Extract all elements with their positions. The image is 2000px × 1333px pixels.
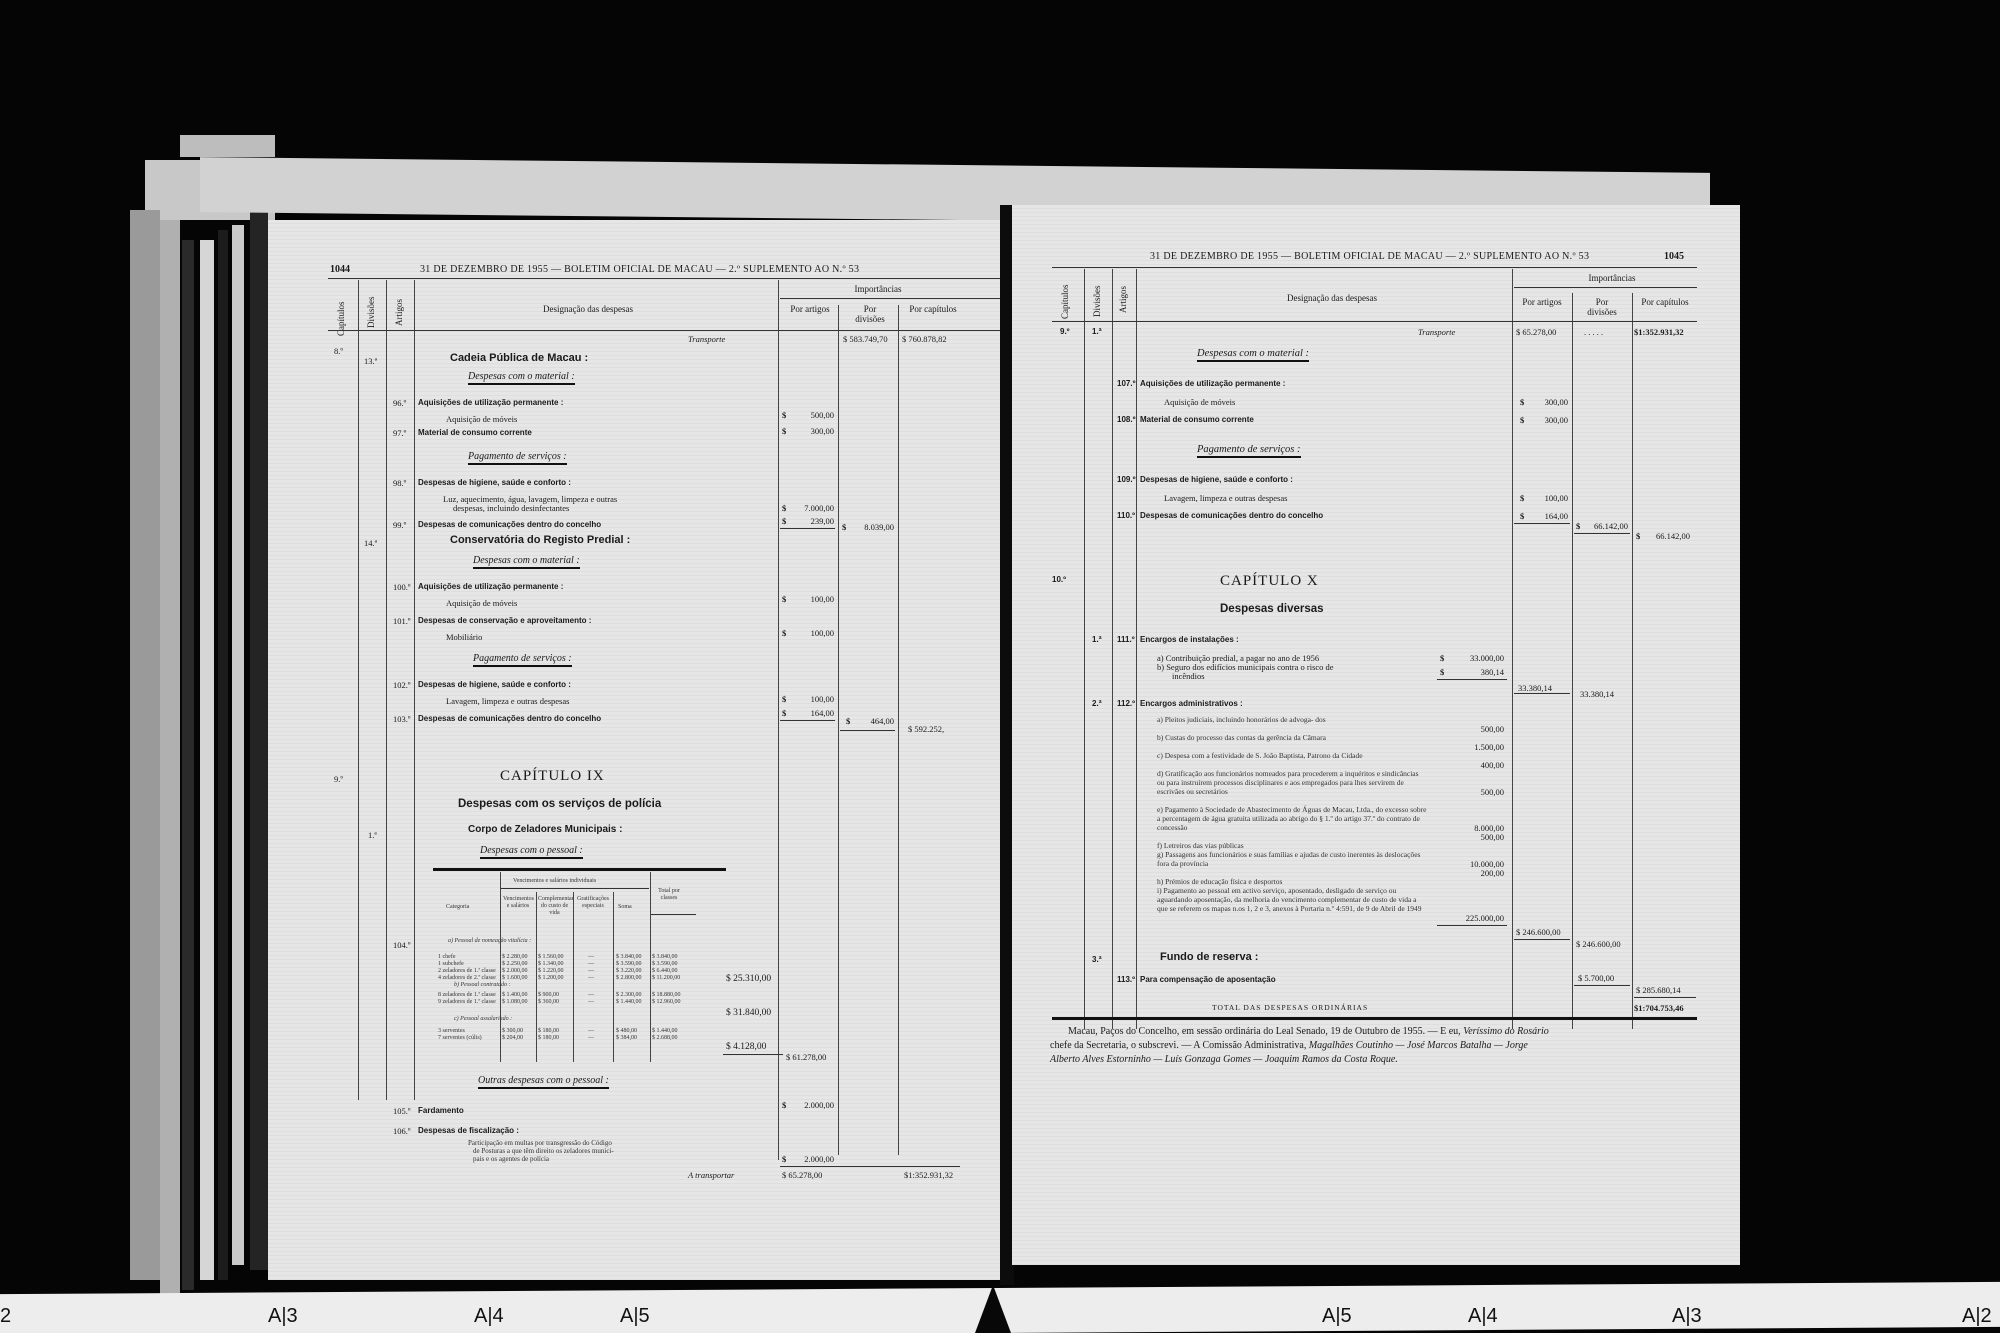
transporte-label: Transporte [1418, 327, 1455, 337]
row-total: $ 12.960,00 [652, 999, 681, 1006]
grand-total-value: $1:704.753,46 [1634, 1003, 1684, 1013]
article-value: 100,00 [798, 628, 834, 638]
article-label: Despesas de higiene, saúde e conforto : [1140, 475, 1293, 485]
a-transportar-capitulos: $1:352.931,32 [904, 1170, 953, 1180]
page-edge [182, 240, 194, 1290]
column-rule [414, 280, 415, 1100]
page-number: 1045 [1664, 251, 1684, 262]
group-title: c) Pessoal assalariado : [454, 1016, 512, 1023]
article-number: 96.º [393, 398, 406, 408]
col-complementar: Complementar do custo de vida [538, 896, 571, 917]
article-value: 300,00 [798, 426, 834, 436]
division-number: 14.ª [364, 538, 377, 548]
article-label: Despesas de comunicações dentro do conce… [418, 714, 601, 724]
article-number: 103.º [393, 714, 411, 724]
col-por-capitulos: Por capítulos [1640, 297, 1690, 307]
list-item: g) Passagens aos funcionários e suas fam… [1157, 850, 1427, 877]
division-mark: 1.ª [1092, 327, 1102, 337]
group-subtotal: $ 4.128,00 [726, 1042, 766, 1052]
col-categoria: Categoria [446, 904, 469, 911]
column-rule [358, 280, 359, 1100]
sum-rule [1514, 939, 1570, 940]
col-por-artigos: Por artigos [1520, 297, 1564, 307]
item-value: 1.500,00 [1442, 742, 1504, 752]
row-grat: — [588, 1028, 594, 1035]
article-value: 100,00 [1532, 493, 1568, 503]
column-rule [613, 892, 614, 1062]
article-label: Despesas de comunicações dentro do conce… [1140, 511, 1323, 521]
article-value: 2.000,00 [794, 1100, 834, 1110]
dollar-sign: $ [1520, 511, 1524, 521]
dollar-sign: $ [782, 1100, 786, 1110]
page-number: 1044 [330, 264, 350, 275]
chapter-title: CAPÍTULO IX [500, 768, 605, 785]
dollar-sign: $ [846, 716, 850, 726]
col-total-classes: Total por classes [654, 888, 684, 902]
section-heading: Despesas com o material : [1197, 348, 1309, 362]
salary-group-header: Vencimentos e salários individuais [513, 878, 596, 885]
article-number: 104.º [393, 940, 411, 950]
row-total: $ 6.440,00 [652, 968, 678, 975]
row-cat: 1 chefe [438, 954, 456, 961]
transporte-artigos: $ 65.278,00 [1516, 327, 1556, 337]
grand-total-label: TOTAL DAS DESPESAS ORDINÁRIAS [1212, 1003, 1368, 1013]
article-number: 105.º [393, 1106, 411, 1116]
article-number: 113.º [1117, 975, 1135, 985]
closing-paragraph: Macau, Paços do Concelho, em sessão ordi… [1050, 1025, 1700, 1067]
article-label: Despesas de conservação e aproveitamento… [418, 616, 591, 626]
row-comp: $ 1.200,00 [538, 975, 564, 982]
article-number: 111.º [1117, 635, 1135, 645]
row-venc: $ 300,00 [502, 1028, 523, 1035]
right-page: 31 DE DEZEMBRO DE 1955 — BOLETIM OFICIAL… [1012, 205, 1740, 1265]
section-heading: Pagamento de serviços : [468, 451, 567, 465]
group-subtotal: $ 31.840,00 [726, 1008, 771, 1018]
article-value: 500,00 [798, 410, 834, 420]
article-item: pais e os agentes de polícia [473, 1156, 549, 1163]
section-heading: Despesas com o material : [473, 555, 580, 569]
page-edge [218, 230, 228, 1280]
signatories: Alberto Alves Estorninho — Luís Gonzaga … [1050, 1053, 1700, 1067]
capitulo-mark: 8.º [334, 346, 343, 356]
dollar-sign: $ [842, 522, 846, 532]
division-total: 66.142,00 [1586, 521, 1628, 531]
dollar-sign: $ [782, 516, 786, 526]
article-label: Material de consumo corrente [1140, 415, 1254, 425]
row-comp: $ 1.220,00 [538, 968, 564, 975]
page-edge [250, 190, 268, 1270]
col-por-capitulos: Por capítulos [908, 304, 958, 314]
row-total: $ 11.200,00 [652, 975, 680, 982]
article-number: 101.º [393, 616, 411, 626]
article-value: $ 5.700,00 [1578, 973, 1614, 983]
transporte-divisoes: $ 583.749,70 [843, 334, 888, 344]
article-label: Aquisições de utilização permanente : [1140, 379, 1285, 389]
column-rule [778, 280, 779, 1160]
article-item: de Posturas a que têm direito os zelador… [473, 1148, 614, 1155]
col-capitulos: Capítulos [1060, 284, 1070, 319]
division-mark: 3.ª [1092, 955, 1102, 965]
dollar-sign: $ [1440, 667, 1444, 677]
division-title: Cadeia Pública de Macau : [450, 352, 588, 364]
article-label: Despesas de fiscalização : [418, 1126, 519, 1136]
closing-text: Macau, Paços do Concelho, em sessão ordi… [1068, 1026, 1461, 1037]
article-number: 106.º [393, 1126, 411, 1136]
row-total: $ 3.840,00 [652, 954, 678, 961]
column-rule [650, 872, 651, 1062]
page-edge [180, 135, 275, 157]
article-item: Lavagem, limpeza e outras despesas [1164, 493, 1287, 503]
chapter-mark: 10.º [1052, 575, 1066, 585]
row-cat: 7 serventes (cúlis) [438, 1035, 482, 1042]
article-total: $ 246.600,00 [1516, 927, 1561, 937]
row-grat: — [588, 1035, 594, 1042]
article-value: 7.000,00 [794, 503, 834, 513]
dollar-sign: $ [782, 503, 786, 513]
page-edge [200, 240, 214, 1280]
article-total: $ 61.278,00 [786, 1052, 826, 1062]
transporte-capitulos: $ 760.878,82 [902, 334, 947, 344]
article-label: Despesas de higiene, saúde e conforto : [418, 680, 571, 690]
col-importancias: Importâncias [788, 284, 968, 294]
group-title: b) Pessoal contratado : [454, 982, 511, 989]
list-item: f) Letreiros das vias públicas [1157, 841, 1427, 850]
sum-rule [840, 730, 895, 731]
row-soma: $ 384,00 [616, 1035, 637, 1042]
article-value: 300,00 [1532, 415, 1568, 425]
closing-text: chefe da Secretaria, o subscrevi. — A Co… [1050, 1040, 1306, 1051]
column-rule [536, 892, 537, 1062]
transporte-capitulos: $1:352.931,32 [1634, 327, 1684, 337]
item-value: 500,00 [1442, 787, 1504, 797]
admin-items-list: a) Pleitos judiciais, incluindo honorári… [1157, 715, 1427, 940]
signatory: Veríssimo do Rosário [1463, 1026, 1549, 1037]
division-title: Fundo de reserva : [1160, 951, 1258, 963]
row-grat: — [588, 968, 594, 975]
division-total: 464,00 [858, 716, 894, 726]
list-item: i) Pagamento ao pessoal em activo serviç… [1157, 886, 1427, 940]
dollar-sign: $ [782, 1154, 786, 1164]
article-number: 107.º [1117, 379, 1136, 389]
col-importancias: Importâncias [1552, 273, 1672, 283]
transporte-divisoes: . . . . . [1584, 327, 1603, 337]
article-label: Aquisições de utilização permanente : [418, 582, 563, 592]
divider [1514, 287, 1697, 288]
divider [1052, 267, 1697, 268]
item-b-cont: incêndios [1172, 671, 1205, 681]
row-venc: $ 204,00 [502, 1035, 523, 1042]
article-number: 102.º [393, 680, 411, 690]
row-venc: $ 2.250,00 [502, 961, 528, 968]
row-total: $ 3.590,00 [652, 961, 678, 968]
row-soma: $ 3.590,00 [616, 961, 642, 968]
col-designacao: Designação das despesas [498, 304, 678, 314]
column-rule [838, 305, 839, 1155]
page-edge [232, 225, 244, 1265]
article-value: 300,00 [1532, 397, 1568, 407]
item-value: 400,00 [1442, 760, 1504, 770]
sum-rule [780, 1166, 960, 1167]
dollar-sign: $ [782, 594, 786, 604]
article-number: 98.º [393, 478, 406, 488]
divider [501, 888, 649, 889]
sum-rule [780, 720, 835, 721]
row-grat: — [588, 961, 594, 968]
column-rule [1572, 293, 1573, 1029]
article-label: Despesas de higiene, saúde e conforto : [418, 478, 571, 488]
divider [1052, 321, 1697, 322]
ruler-mark: A|4 [1468, 1305, 1498, 1328]
list-item: b) Custas do processo das contas da gerê… [1157, 733, 1427, 751]
ruler-mark: A|5 [620, 1305, 650, 1328]
section-heading: Pagamento de serviços : [473, 653, 572, 667]
article-item: Lavagem, limpeza e outras despesas [446, 696, 569, 706]
sum-rule [1574, 533, 1630, 534]
row-grat: — [588, 954, 594, 961]
transporte-label: Transporte [688, 334, 725, 344]
left-page: 1044 31 DE DEZEMBRO DE 1955 — BOLETIM OF… [268, 220, 1003, 1280]
col-por-artigos: Por artigos [788, 304, 832, 314]
row-venc: $ 1.080,00 [502, 999, 528, 1006]
row-grat: — [588, 975, 594, 982]
article-value: 100,00 [798, 594, 834, 604]
article-number: 97.º [393, 428, 406, 438]
a-transportar-artigos: $ 65.278,00 [782, 1170, 822, 1180]
article-label: Fardamento [418, 1106, 464, 1116]
item-value: 33.000,00 [1452, 653, 1504, 663]
col-vencimentos: Vencimentos e salários [503, 896, 533, 910]
col-gratificacoes: Gratificações especiais [576, 896, 610, 910]
row-soma: $ 3.840,00 [616, 954, 642, 961]
col-artigos: Artigos [1118, 286, 1128, 313]
column-rule [1112, 269, 1113, 1029]
row-soma: $ 480,00 [616, 1028, 637, 1035]
row-soma: $ 1.440,00 [616, 999, 642, 1006]
item-value: 225.000,00 [1442, 913, 1504, 923]
divider [328, 330, 1023, 331]
division-number: 1.ª [368, 830, 377, 840]
article-label: Para compensação de aposentação [1140, 975, 1276, 985]
row-grat: — [588, 992, 594, 999]
dollar-sign: $ [1520, 415, 1524, 425]
ruler-mark: A|2 [1962, 1305, 1992, 1328]
row-comp: $ 360,00 [538, 999, 559, 1006]
divider [651, 914, 696, 915]
row-venc: $ 2.000,00 [502, 968, 528, 975]
row-cat: 8 zeladores de 1.ª classe [438, 992, 496, 999]
item-value: 500,00 [1442, 832, 1504, 842]
item-value: 200,00 [1442, 868, 1504, 878]
article-label: Encargos administrativos : [1140, 699, 1243, 709]
row-cat: 4 zeladores de 2.ª classe [438, 975, 496, 982]
col-por-divisoes: Por divisões [1580, 297, 1624, 317]
division-number: 13.ª [364, 356, 377, 366]
row-grat: — [588, 999, 594, 1006]
article-label: Aquisições de utilização permanente : [418, 398, 563, 408]
ruler-mark: A|3 [1672, 1305, 1702, 1328]
sum-rule [1437, 679, 1507, 680]
article-item: Participação em multas por transgressão … [468, 1140, 612, 1147]
section-heading: Outras despesas com o pessoal : [478, 1075, 609, 1089]
a-transportar-label: A transportar [688, 1170, 734, 1180]
dollar-sign: $ [782, 628, 786, 638]
col-soma: Soma [618, 904, 632, 911]
sum-rule [1574, 985, 1630, 986]
row-comp: $ 900,00 [538, 992, 559, 999]
ruler-notch [975, 1285, 1011, 1333]
col-designacao: Designação das despesas [1242, 293, 1422, 303]
page-edge [160, 220, 180, 1300]
sum-rule [1514, 693, 1570, 694]
row-venc: $ 1.600,00 [502, 975, 528, 982]
row-total: $ 18.880,00 [652, 992, 681, 999]
column-rule [1084, 269, 1085, 1029]
row-soma: $ 2.300,00 [616, 992, 642, 999]
row-cat: 1 subchefe [438, 961, 464, 968]
dollar-sign: $ [1520, 493, 1524, 503]
item-value: 380,14 [1452, 667, 1504, 677]
section-heading: Despesas com o material : [468, 371, 575, 385]
article-label: Encargos de instalações : [1140, 635, 1239, 645]
article-number: 108.º [1117, 415, 1136, 425]
article-number: 100.º [393, 582, 411, 592]
row-venc: $ 2.280,00 [502, 954, 528, 961]
division-title: Corpo de Zeladores Municipais : [468, 824, 622, 835]
division-total: 8.039,00 [854, 522, 894, 532]
divider [780, 298, 1025, 299]
running-title: 31 DE DEZEMBRO DE 1955 — BOLETIM OFICIAL… [1150, 251, 1589, 262]
column-rule [1512, 269, 1513, 1029]
row-soma: $ 3.220,00 [616, 968, 642, 975]
article-label: Despesas de comunicações dentro do conce… [418, 520, 601, 530]
dollar-sign: $ [1576, 521, 1580, 531]
sum-rule [1634, 997, 1696, 998]
row-venc: $ 1.400,00 [502, 992, 528, 999]
column-rule [573, 892, 574, 1062]
dollar-sign: $ [1440, 653, 1444, 663]
article-value: 100,00 [798, 694, 834, 704]
col-artigos: Artigos [394, 299, 404, 326]
chapter-title: CAPÍTULO X [1220, 573, 1319, 590]
article-value: 164,00 [1532, 511, 1568, 521]
article-number: 110.º [1117, 511, 1135, 521]
list-item: c) Despesa com a festividade de S. João … [1157, 751, 1427, 769]
section-heading: Pagamento de serviços : [1197, 444, 1301, 458]
row-comp: $ 1.340,00 [538, 961, 564, 968]
column-rule [386, 280, 387, 1100]
division-mark: 1.ª [1092, 635, 1102, 645]
chapter-subtitle: Despesas com os serviços de polícia [458, 798, 661, 810]
page-edge [130, 210, 160, 1280]
dollar-sign: $ [1636, 531, 1640, 541]
dollar-sign: $ [782, 694, 786, 704]
sum-rule [1514, 523, 1570, 524]
ruler-mark: A|3 [268, 1305, 298, 1328]
row-total: $ 2.688,00 [652, 1035, 678, 1042]
article-item: despesas, incluindo desinfectantes [453, 503, 569, 513]
list-item: h) Prémios de educação física e desporto… [1157, 877, 1427, 886]
row-cat: 2 zeladores de 1.ª classe [438, 968, 496, 975]
column-rule [1632, 293, 1633, 1029]
article-value: 239,00 [798, 516, 834, 526]
col-divisoes: Divisões [366, 297, 376, 329]
list-item: a) Pleitos judiciais, incluindo honorári… [1157, 715, 1427, 733]
chapter-mark: 9.º [1060, 327, 1070, 337]
row-comp: $ 180,00 [538, 1028, 559, 1035]
chapter-subtitle: Despesas diversas [1220, 603, 1324, 615]
column-rule [1136, 269, 1137, 1029]
dollar-sign: $ [782, 410, 786, 420]
article-item: Aquisição de móveis [446, 598, 517, 608]
article-label: Material de consumo corrente [418, 428, 532, 438]
row-cat: 9 zeladores de 1.ª classe [438, 999, 496, 1006]
item-value: 500,00 [1442, 724, 1504, 734]
division-mark: 2.ª [1092, 699, 1102, 709]
article-total: 33.380,14 [1518, 683, 1552, 693]
article-item: Mobiliário [446, 632, 482, 642]
dollar-sign: $ [1520, 397, 1524, 407]
sum-rule [1437, 925, 1507, 926]
row-comp: $ 1.560,00 [538, 954, 564, 961]
row-soma: $ 2.800,00 [616, 975, 642, 982]
division-total: $ 246.600,00 [1576, 939, 1621, 949]
row-cat: 3 serventes [438, 1028, 465, 1035]
article-number: 99.º [393, 520, 406, 530]
list-item: d) Gratificação aos funcionários nomeado… [1157, 769, 1427, 805]
col-divisoes: Divisões [1092, 286, 1102, 318]
group-subtotal: $ 25.310,00 [726, 974, 771, 984]
chapter-total: $ 285.680,14 [1636, 985, 1681, 995]
ruler-mark: 2 [0, 1305, 11, 1328]
dollar-sign: $ [782, 708, 786, 718]
column-rule [500, 872, 501, 1062]
section-heading: Despesas com o pessoal : [480, 845, 583, 859]
col-por-divisoes: Por divisões [848, 304, 892, 324]
division-total: 33.380,14 [1580, 689, 1614, 699]
article-item: Aquisição de móveis [446, 414, 517, 424]
table-top-rule [433, 868, 726, 871]
running-title: 31 DE DEZEMBRO DE 1955 — BOLETIM OFICIAL… [420, 264, 859, 275]
division-title: Conservatória do Registo Predial : [450, 534, 630, 546]
chapter-total: 66.142,00 [1646, 531, 1690, 541]
ruler-mark: A|5 [1322, 1305, 1352, 1328]
group-title: a) Pessoal de nomeação vitalícia : [448, 938, 531, 945]
article-item: Aquisição de móveis [1164, 397, 1235, 407]
ruler-mark: A|4 [474, 1305, 504, 1328]
chapter-total: $ 592.252, [908, 724, 944, 734]
article-number: 109.º [1117, 475, 1136, 485]
chapter-mark: 9.º [334, 774, 343, 784]
article-value: 2.000,00 [794, 1154, 834, 1164]
sum-rule [780, 528, 835, 529]
list-item: e) Pagamento à Sociedade de Abasteciment… [1157, 805, 1427, 841]
signatories: Magalhães Coutinho — José Marcos Batalha… [1309, 1040, 1528, 1051]
column-rule [898, 305, 899, 1155]
article-number: 112.º [1117, 699, 1135, 709]
row-comp: $ 180,00 [538, 1035, 559, 1042]
sum-rule [723, 1054, 783, 1055]
article-value: 164,00 [798, 708, 834, 718]
table-bottom-rule [1052, 1017, 1697, 1020]
dollar-sign: $ [782, 426, 786, 436]
row-total: $ 1.440,00 [652, 1028, 678, 1035]
